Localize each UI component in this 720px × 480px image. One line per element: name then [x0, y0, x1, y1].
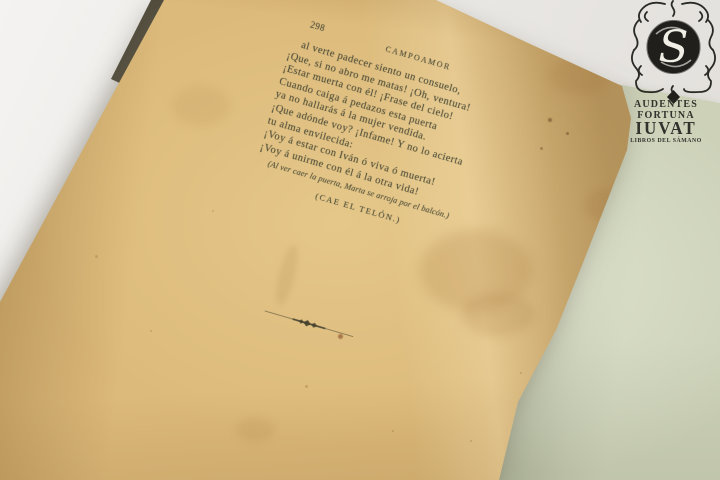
motto-line: IUVAT: [612, 121, 720, 138]
paper-stain: [236, 418, 274, 442]
paper-speck: [95, 255, 98, 258]
paper-speck: [150, 330, 152, 332]
seller-watermark: S AUDENTES FORTUNA IUVAT LIBROS DEL SÁMA…: [612, 0, 720, 162]
monogram-emblem-icon: S: [627, 0, 720, 104]
paper-speck: [548, 118, 552, 122]
printed-text-block: 298 CAMPOAMOR al verte padecer siento un…: [238, 12, 538, 252]
paper-speck: [305, 385, 308, 388]
page-number: 298: [309, 20, 326, 34]
paper-stain: [462, 292, 534, 336]
watermark-motto: AUDENTES FORTUNA IUVAT LIBROS DEL SÁMANO: [612, 100, 720, 144]
motto-line: AUDENTES: [612, 100, 720, 111]
section-divider-ornament: [262, 305, 356, 343]
paper-speck: [540, 147, 543, 150]
book-photo: 298 CAMPOAMOR al verte padecer siento un…: [0, 0, 720, 480]
paper-stain: [584, 188, 632, 222]
paper-speck: [392, 430, 394, 432]
paper-speck: [212, 210, 214, 212]
paper-speck: [566, 132, 569, 135]
paper-stain: [548, 58, 610, 94]
paper-speck: [470, 440, 472, 442]
watermark-subtitle: LIBROS DEL SÁMANO: [612, 138, 720, 144]
paper-stain: [272, 243, 303, 307]
paper-speck: [520, 372, 522, 374]
paper-stain: [172, 86, 230, 126]
monogram-letter: S: [658, 22, 688, 73]
